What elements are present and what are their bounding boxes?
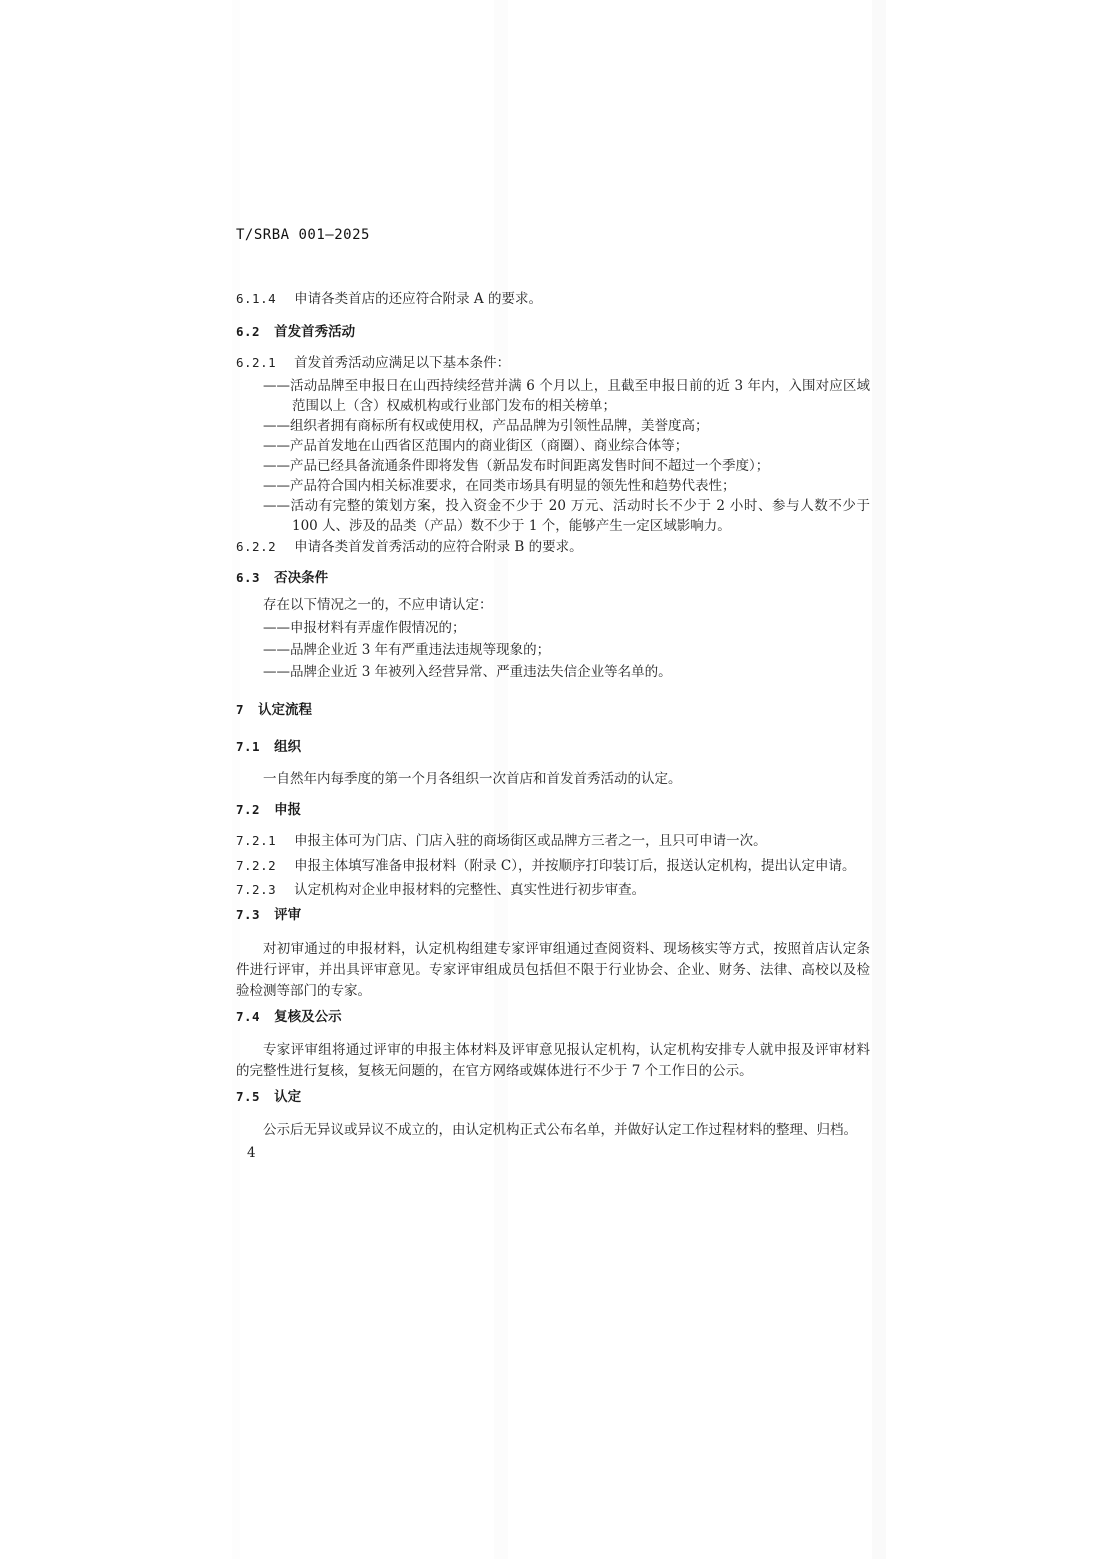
chapter-heading-7: 7认定流程 — [236, 699, 870, 721]
dash-list-item: ——活动品牌至申报日在山西持续经营并满 6 个月以上，且截至申报日前的近 3 年… — [236, 376, 870, 416]
clause-number: 6.1.4 — [236, 291, 276, 306]
list-item-text: 产品首发地在山西省区范围内的商业街区（商圈）、商业综合体等； — [290, 438, 688, 454]
clause-7-2-1: 7.2.1申报主体可为门店、门店入驻的商场街区或品牌方三者之一，且只可申请一次。 — [236, 830, 870, 852]
heading-title: 否决条件 — [274, 570, 328, 586]
clause-text: 认定机构对企业申报材料的完整性、真实性进行初步审查。 — [294, 882, 645, 898]
clause-text: 申请各类首店的还应符合附录 A 的要求。 — [294, 291, 542, 307]
heading-number: 7.1 — [236, 739, 260, 754]
list-item-text: 品牌企业近 3 年有严重违法违规等现象的； — [290, 642, 550, 658]
heading-number: 7 — [236, 702, 244, 717]
dash-marker: —— — [263, 664, 290, 680]
clause-7-2-3: 7.2.3认定机构对企业申报材料的完整性、真实性进行初步审查。 — [236, 879, 870, 901]
scan-artifact — [872, 0, 886, 1559]
heading-number: 6.2 — [236, 324, 260, 339]
heading-number: 7.5 — [236, 1089, 260, 1104]
clause-text: 首发首秀活动应满足以下基本条件： — [294, 355, 510, 371]
section-heading-6-2: 6.2首发首秀活动 — [236, 321, 870, 343]
dash-list-item: ——产品首发地在山西省区范围内的商业街区（商圈）、商业综合体等； — [236, 436, 870, 456]
heading-title: 组织 — [274, 739, 301, 755]
heading-number: 6.3 — [236, 570, 260, 585]
clause-number: 7.2.3 — [236, 882, 276, 897]
dash-list-item: ——组织者拥有商标所有权或使用权，产品品牌为引领性品牌，美誉度高； — [236, 416, 870, 436]
dash-list-item: ——活动有完整的策划方案，投入资金不少于 20 万元、活动时长不少于 2 小时、… — [236, 496, 870, 536]
clause-6-2-2: 6.2.2申请各类首发首秀活动的应符合附录 B 的要求。 — [236, 536, 870, 558]
document-content: T/SRBA 001—2025 6.1.4申请各类首店的还应符合附录 A 的要求… — [236, 0, 870, 1164]
paragraph-6-3-intro: 存在以下情况之一的，不应申请认定： — [236, 595, 870, 616]
dash-marker: —— — [263, 378, 290, 394]
list-item-text: 组织者拥有商标所有权或使用权，产品品牌为引领性品牌，美誉度高； — [290, 418, 709, 434]
clause-text: 申报主体填写准备申报材料（附录 C），并按顺序打印装订后，报送认定机构，提出认定… — [294, 858, 855, 874]
list-item-text: 产品已经具备流通条件即将发售（新品发布时间距离发售时间不超过一个季度）； — [290, 458, 769, 474]
paragraph-7-5: 公示后无异议或异议不成立的，由认定机构正式公布名单，并做好认定工作过程材料的整理… — [236, 1120, 870, 1141]
clause-number: 6.2.2 — [236, 539, 276, 554]
heading-title: 认定流程 — [258, 702, 312, 718]
dash-marker: —— — [263, 418, 290, 434]
clause-7-2-2: 7.2.2申报主体填写准备申报材料（附录 C），并按顺序打印装订后，报送认定机构… — [236, 855, 870, 877]
dash-list-6-2-1: ——活动品牌至申报日在山西持续经营并满 6 个月以上，且截至申报日前的近 3 年… — [236, 376, 870, 536]
clause-text: 申请各类首发首秀活动的应符合附录 B 的要求。 — [294, 539, 583, 555]
section-heading-7-4: 7.4复核及公示 — [236, 1006, 870, 1028]
document-page: T/SRBA 001—2025 6.1.4申请各类首店的还应符合附录 A 的要求… — [0, 0, 1102, 1559]
clause-6-1-4: 6.1.4申请各类首店的还应符合附录 A 的要求。 — [236, 288, 870, 310]
dash-list-item: ——产品已经具备流通条件即将发售（新品发布时间距离发售时间不超过一个季度）； — [236, 456, 870, 476]
dash-list-item: ——产品符合国内相关标准要求，在同类市场具有明显的领先性和趋势代表性； — [236, 476, 870, 496]
section-heading-7-3: 7.3评审 — [236, 904, 870, 926]
heading-title: 认定 — [274, 1089, 301, 1105]
clause-6-2-1: 6.2.1首发首秀活动应满足以下基本条件： — [236, 352, 870, 374]
dash-list-6-3: ——申报材料有弄虚作假情况的； ——品牌企业近 3 年有严重违法违规等现象的； … — [236, 618, 870, 683]
paragraph-7-4: 专家评审组将通过评审的申报主体材料及评审意见报认定机构，认定机构安排专人就申报及… — [236, 1040, 870, 1082]
dash-list-item: ——申报材料有弄虚作假情况的； — [236, 618, 870, 639]
heading-number: 7.4 — [236, 1009, 260, 1024]
paragraph-7-1: 一自然年内每季度的第一个月各组织一次首店和首发首秀活动的认定。 — [236, 769, 870, 790]
heading-number: 7.2 — [236, 802, 260, 817]
section-heading-6-3: 6.3否决条件 — [236, 567, 870, 589]
dash-marker: —— — [263, 458, 290, 474]
section-heading-7-5: 7.5认定 — [236, 1086, 870, 1108]
list-item-text: 活动品牌至申报日在山西持续经营并满 6 个月以上，且截至申报日前的近 3 年内，… — [290, 378, 870, 414]
heading-title: 申报 — [274, 802, 301, 818]
page-number: 4 — [236, 1143, 870, 1164]
dash-list-item: ——品牌企业近 3 年被列入经营异常、严重违法失信企业等名单的。 — [236, 662, 870, 683]
doc-code-header: T/SRBA 001—2025 — [236, 225, 870, 246]
clause-number: 6.2.1 — [236, 355, 276, 370]
clause-number: 7.2.1 — [236, 833, 276, 848]
heading-title: 复核及公示 — [274, 1009, 342, 1025]
paragraph-7-3: 对初审通过的申报材料，认定机构组建专家评审组通过查阅资料、现场核实等方式，按照首… — [236, 939, 870, 1002]
list-item-text: 活动有完整的策划方案，投入资金不少于 20 万元、活动时长不少于 2 小时、参与… — [290, 498, 870, 534]
section-heading-7-2: 7.2申报 — [236, 799, 870, 821]
dash-marker: —— — [263, 642, 290, 658]
dash-marker: —— — [263, 620, 290, 636]
dash-marker: —— — [263, 498, 290, 514]
list-item-text: 品牌企业近 3 年被列入经营异常、严重违法失信企业等名单的。 — [290, 664, 672, 680]
clause-number: 7.2.2 — [236, 858, 276, 873]
heading-title: 首发首秀活动 — [274, 324, 355, 340]
section-heading-7-1: 7.1组织 — [236, 736, 870, 758]
heading-number: 7.3 — [236, 907, 260, 922]
dash-marker: —— — [263, 478, 290, 494]
clause-text: 申报主体可为门店、门店入驻的商场街区或品牌方三者之一，且只可申请一次。 — [294, 833, 767, 849]
heading-title: 评审 — [274, 907, 301, 923]
list-item-text: 产品符合国内相关标准要求，在同类市场具有明显的领先性和趋势代表性； — [290, 478, 736, 494]
list-item-text: 申报材料有弄虚作假情况的； — [290, 620, 466, 636]
dash-marker: —— — [263, 438, 290, 454]
dash-list-item: ——品牌企业近 3 年有严重违法违规等现象的； — [236, 640, 870, 661]
